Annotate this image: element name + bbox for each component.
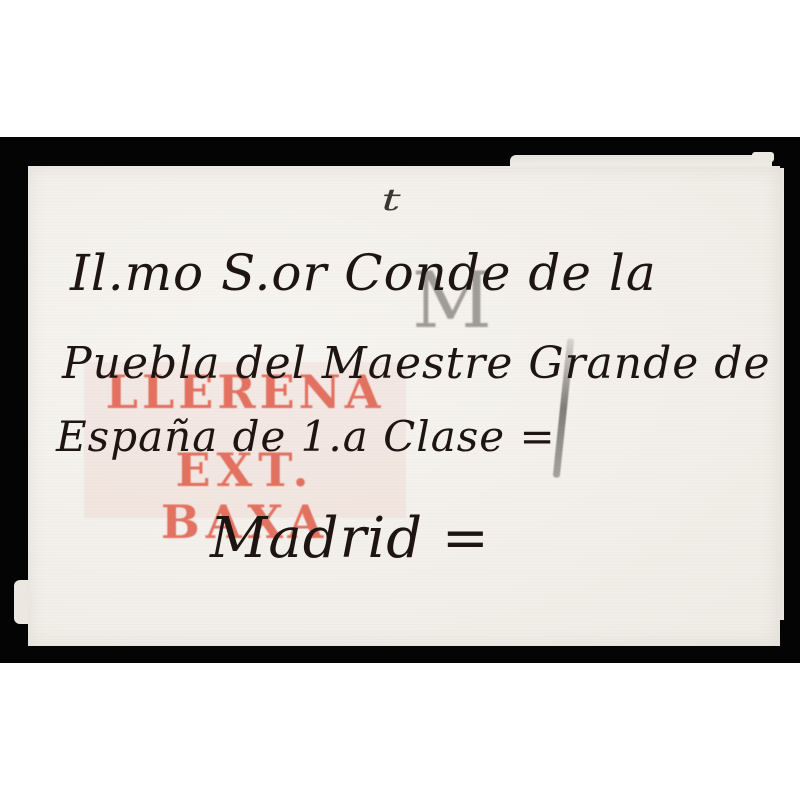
address-line-2: Puebla del Maestre Grande de (62, 338, 771, 389)
letter-top-tab (752, 152, 774, 162)
pencil-notation: t (381, 183, 400, 218)
address-city: Madrid = (210, 506, 490, 571)
address-line-1: Il.mo S.or Conde de la (70, 244, 657, 302)
address-line-3: España de 1.a Clase = (56, 412, 556, 461)
